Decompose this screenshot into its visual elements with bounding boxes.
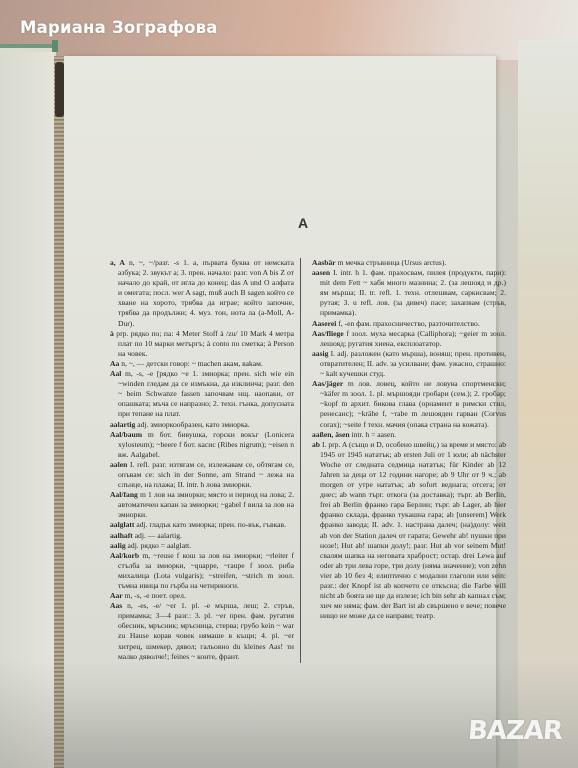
entry-headword: aalen bbox=[110, 460, 127, 469]
dictionary-entry: Aar m, -s, -e поет. орел. bbox=[110, 591, 294, 601]
entry-headword: Aal/fang bbox=[110, 490, 138, 499]
entry-definition: f зоол. муха месарка (Calliphora); ~geie… bbox=[320, 329, 506, 348]
entry-headword: aasig bbox=[312, 349, 328, 358]
dictionary-entry: aalen I. refl. разг. изтягам се, излежав… bbox=[110, 460, 294, 490]
entry-headword: a, A bbox=[110, 258, 125, 267]
entry-headword: Aas/jäger bbox=[312, 379, 343, 388]
dictionary-entry: Aal/baum m бот. бивушка, горски вокъг (L… bbox=[110, 430, 294, 460]
entry-headword: ab bbox=[312, 440, 320, 449]
dictionary-entry: aaßen, äsen intr. h = aasen. bbox=[312, 430, 506, 440]
entry-headword: Aar bbox=[110, 591, 123, 600]
entry-headword: aalhaft bbox=[110, 531, 133, 540]
entry-headword: aalig bbox=[110, 541, 126, 550]
entry-definition: m лов. ловец, който не ловува спортменск… bbox=[320, 379, 506, 428]
book-cover-edge bbox=[52, 40, 58, 52]
entry-headword: Aaserei bbox=[312, 319, 336, 328]
dictionary-entry: aasen I. intr. h 1. фам. прахосвам, пиле… bbox=[312, 268, 506, 318]
dictionary-entry: Aal/fang m 1 лов на змиорки; място и пер… bbox=[110, 490, 294, 520]
entry-definition: adj. — aalartig. bbox=[135, 531, 182, 540]
entry-definition: adj. рядко = aalglatt. bbox=[128, 541, 192, 550]
dictionary-entry: aalhaft adj. — aalartig. bbox=[110, 531, 294, 541]
entry-headword: à bbox=[110, 329, 114, 338]
dictionary-entry: Aal m, -s, -e [рядко ~e 1. змиорка; прен… bbox=[110, 369, 294, 419]
entry-headword: Aal/korb bbox=[110, 551, 139, 560]
entry-definition: m, -s, -e поет. орел. bbox=[125, 591, 186, 600]
entry-definition: intr. h = aasen. bbox=[351, 430, 396, 439]
dictionary-entry: ab I. prp. A (също и D, особено швейц.) … bbox=[312, 440, 506, 622]
entry-definition: m 1 лов на змиорки; място и период на ло… bbox=[118, 490, 294, 519]
seller-name: Мариана Зографова bbox=[20, 18, 218, 37]
entry-headword: Aas/fliege bbox=[312, 329, 344, 338]
dictionary-entry: Aasbär m мечка стръвница (Ursus arctus). bbox=[312, 258, 506, 268]
entry-definition: prp. рядко по; па: 4 Meter Stoff à /zu/ … bbox=[116, 329, 294, 358]
entry-headword: aalartig bbox=[110, 420, 135, 429]
entry-headword: Aasbär bbox=[312, 258, 336, 267]
background-right bbox=[518, 40, 578, 768]
entry-definition: adj. змиоркообразен, като змиорка. bbox=[137, 420, 249, 429]
entry-definition: m, -s, -e [рядко ~e 1. змиорка; прен. si… bbox=[118, 369, 294, 418]
entry-headword: Aal bbox=[110, 369, 121, 378]
dictionary-entry: aalig adj. рядко = aalglatt. bbox=[110, 541, 294, 551]
entry-definition: n, ~, — детски говор: ~ machen акам, ваk… bbox=[121, 359, 263, 368]
dictionary-entry: a, A n, ~, ~/разг. -s 1. a, първата букв… bbox=[110, 258, 294, 329]
entry-definition: I. adj. разложен (като мърша), воняш; пр… bbox=[320, 349, 506, 378]
entry-headword: aaßen, äsen bbox=[312, 430, 350, 439]
entry-definition: n, ~, ~/разг. -s 1. a, първата буква от … bbox=[118, 258, 294, 328]
entry-definition: m, ~reuse f кош за лов на змиорки; ~rlei… bbox=[118, 551, 294, 590]
column-divider bbox=[300, 258, 301, 663]
entry-headword: Aas bbox=[110, 601, 122, 610]
bazar-watermark-logo: BAZAR bbox=[467, 716, 563, 746]
dictionary-entry: Aas n, -es, -e/ ~er 1. pl. -e мърша, леш… bbox=[110, 601, 294, 662]
entry-definition: adj. гладък като змиорка; прен. по-вък, … bbox=[136, 520, 286, 529]
entry-definition: I. prp. A (също и D, особено швейц.) за … bbox=[320, 440, 506, 621]
entry-definition: m мечка стръвница (Ursus arctus). bbox=[338, 258, 447, 267]
dictionary-entry: Aaserei f, -en фам. прахосничество, разт… bbox=[312, 319, 506, 329]
entry-definition: I. intr. h 1. фам. прахосвам, пилея (про… bbox=[320, 268, 506, 317]
dictionary-entry: Aa n, ~, — детски говор: ~ machen акам, … bbox=[110, 359, 294, 369]
dictionary-entry: à prp. рядко по; па: 4 Meter Stoff à /zu… bbox=[110, 329, 294, 359]
book-spine-gap bbox=[55, 62, 64, 117]
dictionary-entry: Aal/korb m, ~reuse f кош за лов на змиор… bbox=[110, 551, 294, 591]
left-column: a, A n, ~, ~/разг. -s 1. a, първата букв… bbox=[110, 258, 294, 662]
dictionary-entry: Aas/fliege f зоол. муха месарка (Calliph… bbox=[312, 329, 506, 349]
entry-headword: Aa bbox=[110, 359, 119, 368]
section-letter-heading: A bbox=[298, 215, 308, 231]
entry-definition: n, -es, -e/ ~er 1. pl. -e мърша, леш; 2.… bbox=[118, 601, 294, 660]
dictionary-entry: Aas/jäger m лов. ловец, който не ловува … bbox=[312, 379, 506, 429]
dictionary-entry: aalartig adj. змиоркообразен, като змиор… bbox=[110, 420, 294, 430]
entry-headword: Aal/baum bbox=[110, 430, 142, 439]
dictionary-entry: aasig I. adj. разложен (като мърша), вон… bbox=[312, 349, 506, 379]
entry-definition: I. refl. разг. изтягам се, излежавам се,… bbox=[118, 460, 294, 489]
entry-headword: aasen bbox=[312, 268, 330, 277]
dictionary-entry: aalglatt adj. гладък като змиорка; прен.… bbox=[110, 520, 294, 530]
entry-headword: aalglatt bbox=[110, 520, 134, 529]
entry-definition: m бот. бивушка, горски вокъг (Lonicera x… bbox=[118, 430, 294, 459]
entry-definition: f, -en фам. прахосничество, разточителст… bbox=[338, 319, 480, 328]
right-column: Aasbär m мечка стръвница (Ursus arctus).… bbox=[312, 258, 506, 621]
page-shadow bbox=[0, 660, 578, 768]
